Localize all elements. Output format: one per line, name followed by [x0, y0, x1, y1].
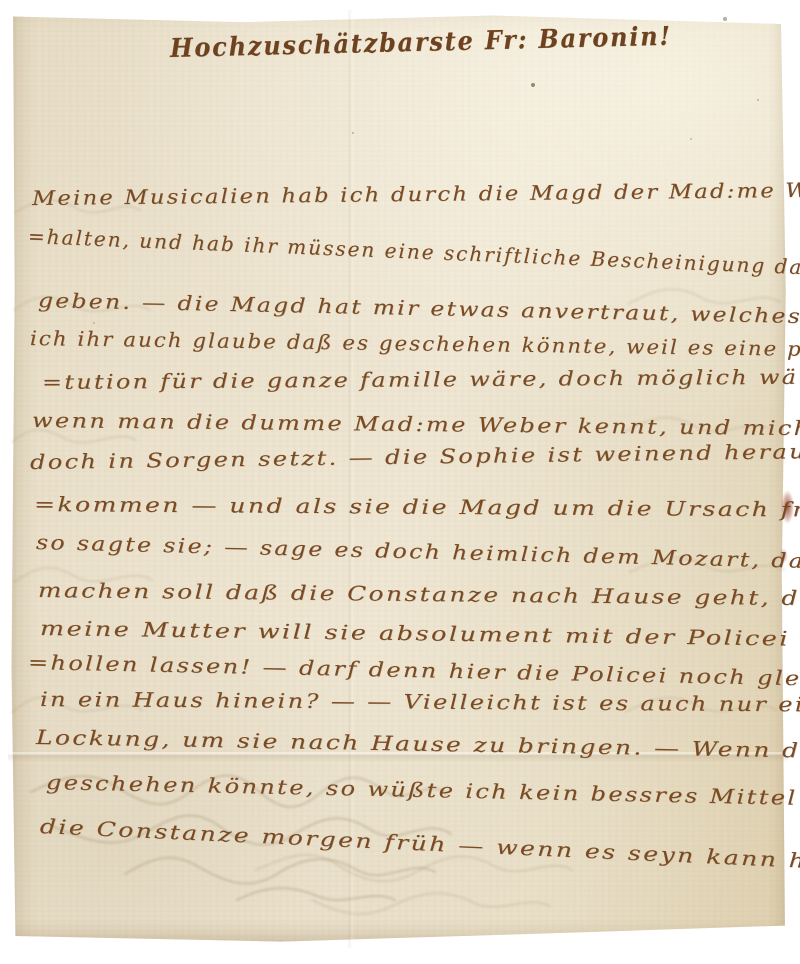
- ink-speck: [0, 0, 2, 2]
- letter-page: [6, 8, 792, 952]
- manuscript-photo: Hochzuschätzbarste Fr: Baronin! Meine Mu…: [0, 0, 800, 964]
- seal-residue: [781, 490, 794, 524]
